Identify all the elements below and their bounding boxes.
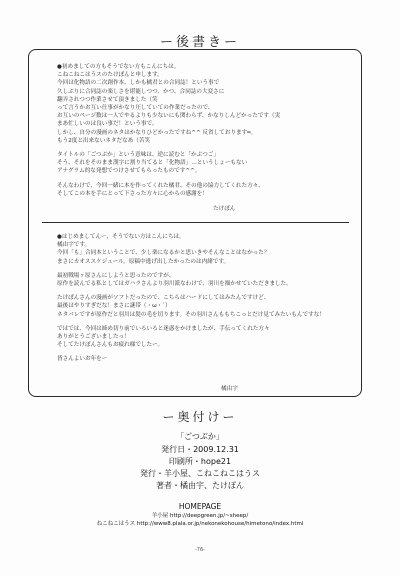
text-line: たけぽんさんの漫画がソフトだったので、こちらはハードにしてはみたんですけど、 [57,294,357,302]
afterword-section-tachibana: ●はじめましてんー、そうでない方はこんにちは。 橘由宇です。 今回「も」合同本と… [57,233,357,364]
publish-date: 発行日・2009.12.31 [0,444,400,456]
text-line: ●初めましての方もそうでない方もこんにちは。 [57,63,357,71]
text-line: 原作を読んでる私としてはガハラさんより羽川派なわけで、羽川を描かせていただきまし… [57,280,357,288]
afterword-heading: ー後書きー [0,31,400,50]
text-line: もう2度と出来ないネタだなあ（苦笑 [57,137,357,145]
signature-takepon: たけぽん [213,204,235,212]
text-line: 翻弄されつつ作業させて頂きました（笑 [57,96,357,104]
paragraph: そんなわけで、今回一緒に本を作ってくれた橘君、その他の協力してくれた方々、 そし… [57,182,357,198]
text-line: タイトルの「ごつぶか」という意味は、逆に読むと「かぶつご」 [57,151,357,159]
paragraph: タイトルの「ごつぶか」という意味は、逆に読むと「かぶつご」 そう、それをそのまま… [57,151,357,176]
text-line: 久しぶりに合同誌の楽しさを堪能しつつ、かつ、合同誌の大変さに [57,88,357,96]
homepage-row-sheep: 羊小屋 http://deepgreen.jp/~sheep/ [0,512,400,520]
section-divider [42,222,349,223]
afterword-page: ー後書きー ●初めましての方もそうでない方もこんにちは。 こねこねこはうスのたけ… [0,0,400,577]
text-line: 最初戦場ヶ原さんにしようと思ったのですが、 [57,272,357,280]
homepage-label: HOMEPAGE [0,502,400,512]
paragraph: 最初戦場ヶ原さんにしようと思ったのですが、 原作を読んでる私としてはガハラさんよ… [57,272,357,288]
paragraph: ●初めましての方もそうでない方もこんにちは。 こねこねこはうスのたけぽんと申しま… [57,63,357,145]
colophon-info: 発行日・2009.12.31 印刷所・hope21 発行・羊小屋、こねこねこはう… [0,444,400,492]
authors: 著者・橘由宇、たけぽん [0,480,400,492]
text-line: ありがとうございましたっ！ [57,333,357,341]
text-line: そんなわけで、今回一緒に本を作ってくれた橘君、その他の協力してくれた方々、 [57,182,357,190]
homepage-name: 羊小屋 [152,513,169,519]
paragraph: ●はじめましてんー、そうでない方はこんにちは。 橘由宇です。 今回「も」合同本と… [57,233,357,266]
text-line: ではでは、今回は締め切り前でいろいろと迷惑をかけましたが、手伝ってくれた方々 [57,325,357,333]
text-line: お互いのページ数は一人でやるよりも少ないにも関わらず、かなりしんどかったです（実 [57,112,357,120]
printer: 印刷所・hope21 [0,456,400,468]
publisher: 発行・羊小屋、こねこねこはうス [0,468,400,480]
homepage-row-nekoneko: ねこねこはうス http://www8.plala.or.jp/nekoneko… [0,520,400,528]
text-line: って言うかお互い仕事がかなり圧していての作業だったので、 [57,104,357,112]
text-line: しかし、自分の漫画のネタはかなりひどかったですね^^ 反省しております━。 [57,129,357,137]
text-line: 今回は化物語の二次創作本、しかも橘君との合同誌！という事で [57,79,357,87]
homepage-name: ねこねこはうス [97,521,136,527]
homepage-block: HOMEPAGE 羊小屋 http://deepgreen.jp/~sheep/… [0,502,400,528]
text-line: そしてたけぽんさんもお疲れ様でしたー。 [57,341,357,349]
text-line: 橘由宇です。 [57,241,357,249]
text-line: 今回「も」合同本ということで、少し楽になるかと思いきやそんなことはなかった？ [57,249,357,257]
page-number: -76- [0,547,400,553]
text-line: そしてこの本を手にとって下さった方々に心からの感謝を！ [57,190,357,198]
book-title: 「ごつぶか」 [0,431,400,442]
homepage-url[interactable]: http://www8.plala.or.jp/nekonekohouse/hi… [137,521,304,527]
text-line: まあ忙しいのは良い事だ！という事で。 [57,120,357,128]
paragraph: 皆さんよいお年をー [57,355,357,363]
text-line: こねこねこはうスのたけぽんと申します。 [57,71,357,79]
afterword-section-takepon: ●初めましての方もそうでない方もこんにちは。 こねこねこはうスのたけぽんと申しま… [57,63,357,198]
homepage-url[interactable]: http://deepgreen.jp/~sheep/ [170,513,248,519]
signature-tachibana: 橘由宇 [221,384,238,392]
paragraph: ではでは、今回は締め切り前でいろいろと迷惑をかけましたが、手伝ってくれた方々 あ… [57,325,357,350]
text-line: 最後はやりすぎだな！まさに謎帯（・ω・`） [57,302,357,310]
text-line: ●はじめましてんー、そうでない方はこんにちは。 [57,233,357,241]
colophon-heading: ー奥付けー [0,408,400,425]
text-line: 皆さんよいお年をー [57,355,357,363]
text-line: そう、それをそのまま漢字に割り当てると「化物語」…というしょーもない [57,159,357,167]
text-line: アナグラム的な発想でつけさせてもらったものです^^。 [57,167,357,175]
text-line: まさにカオススケジュール。原稿中逃げ出したかったのは内緒です。 [57,258,357,266]
paragraph: たけぽんさんの漫画がソフトだったので、こちらはハードにしてはみたんですけど、 最… [57,294,357,319]
text-line: ネタバレですが原作だと羽川は髪の毛を切ります。その羽川さんももちこっとだけ見てみ… [57,311,357,319]
